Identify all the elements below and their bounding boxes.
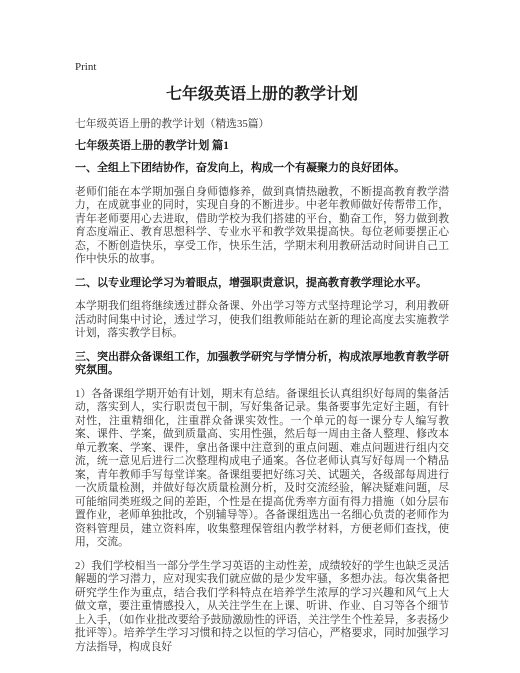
body-paragraph: 2）我们学校相当一部分学生学习英语的主动性差，成绩较好的学生也缺乏灵活解题的学习…: [75, 560, 449, 655]
section-heading: 一、全组上下团结协作，奋发向上，构成一个有凝聚力的良好团体。: [75, 162, 449, 176]
document-subtitle: 七年级英语上册的教学计划（精选35篇）: [75, 118, 449, 132]
document-page: Print 七年级英语上册的教学计划 七年级英语上册的教学计划（精选35篇） 七…: [0, 0, 520, 673]
section-heading: 二、以专业理论学习为着眼点，增强职责意识，提高教育教学理论水平。: [75, 277, 449, 291]
print-link[interactable]: Print: [75, 60, 449, 74]
document-body: 一、全组上下团结协作，奋发向上，构成一个有凝聚力的良好团体。老师们能在本学期加强…: [75, 162, 449, 654]
series-section-title: 七年级英语上册的教学计划 篇1: [75, 140, 449, 154]
body-paragraph: 老师们能在本学期加强自身师德修养，做到真情热融教，不断提高教育教学潜力，在成就事…: [75, 186, 449, 267]
section-heading: 三、突出群众备课组工作，加强教学研究与学情分析，构成浓厚地教育教学研究氛围。: [75, 351, 449, 378]
body-paragraph: 1）各备课组学期开始有计划，期末有总结。备课组长认真组织好每周的集备活动，落实到…: [75, 388, 449, 550]
page-title: 七年级英语上册的教学计划: [75, 85, 449, 105]
body-paragraph: 本学期我们组将继续透过群众备课、外出学习等方式坚持理论学习，利用教研活动时间集中…: [75, 300, 449, 341]
